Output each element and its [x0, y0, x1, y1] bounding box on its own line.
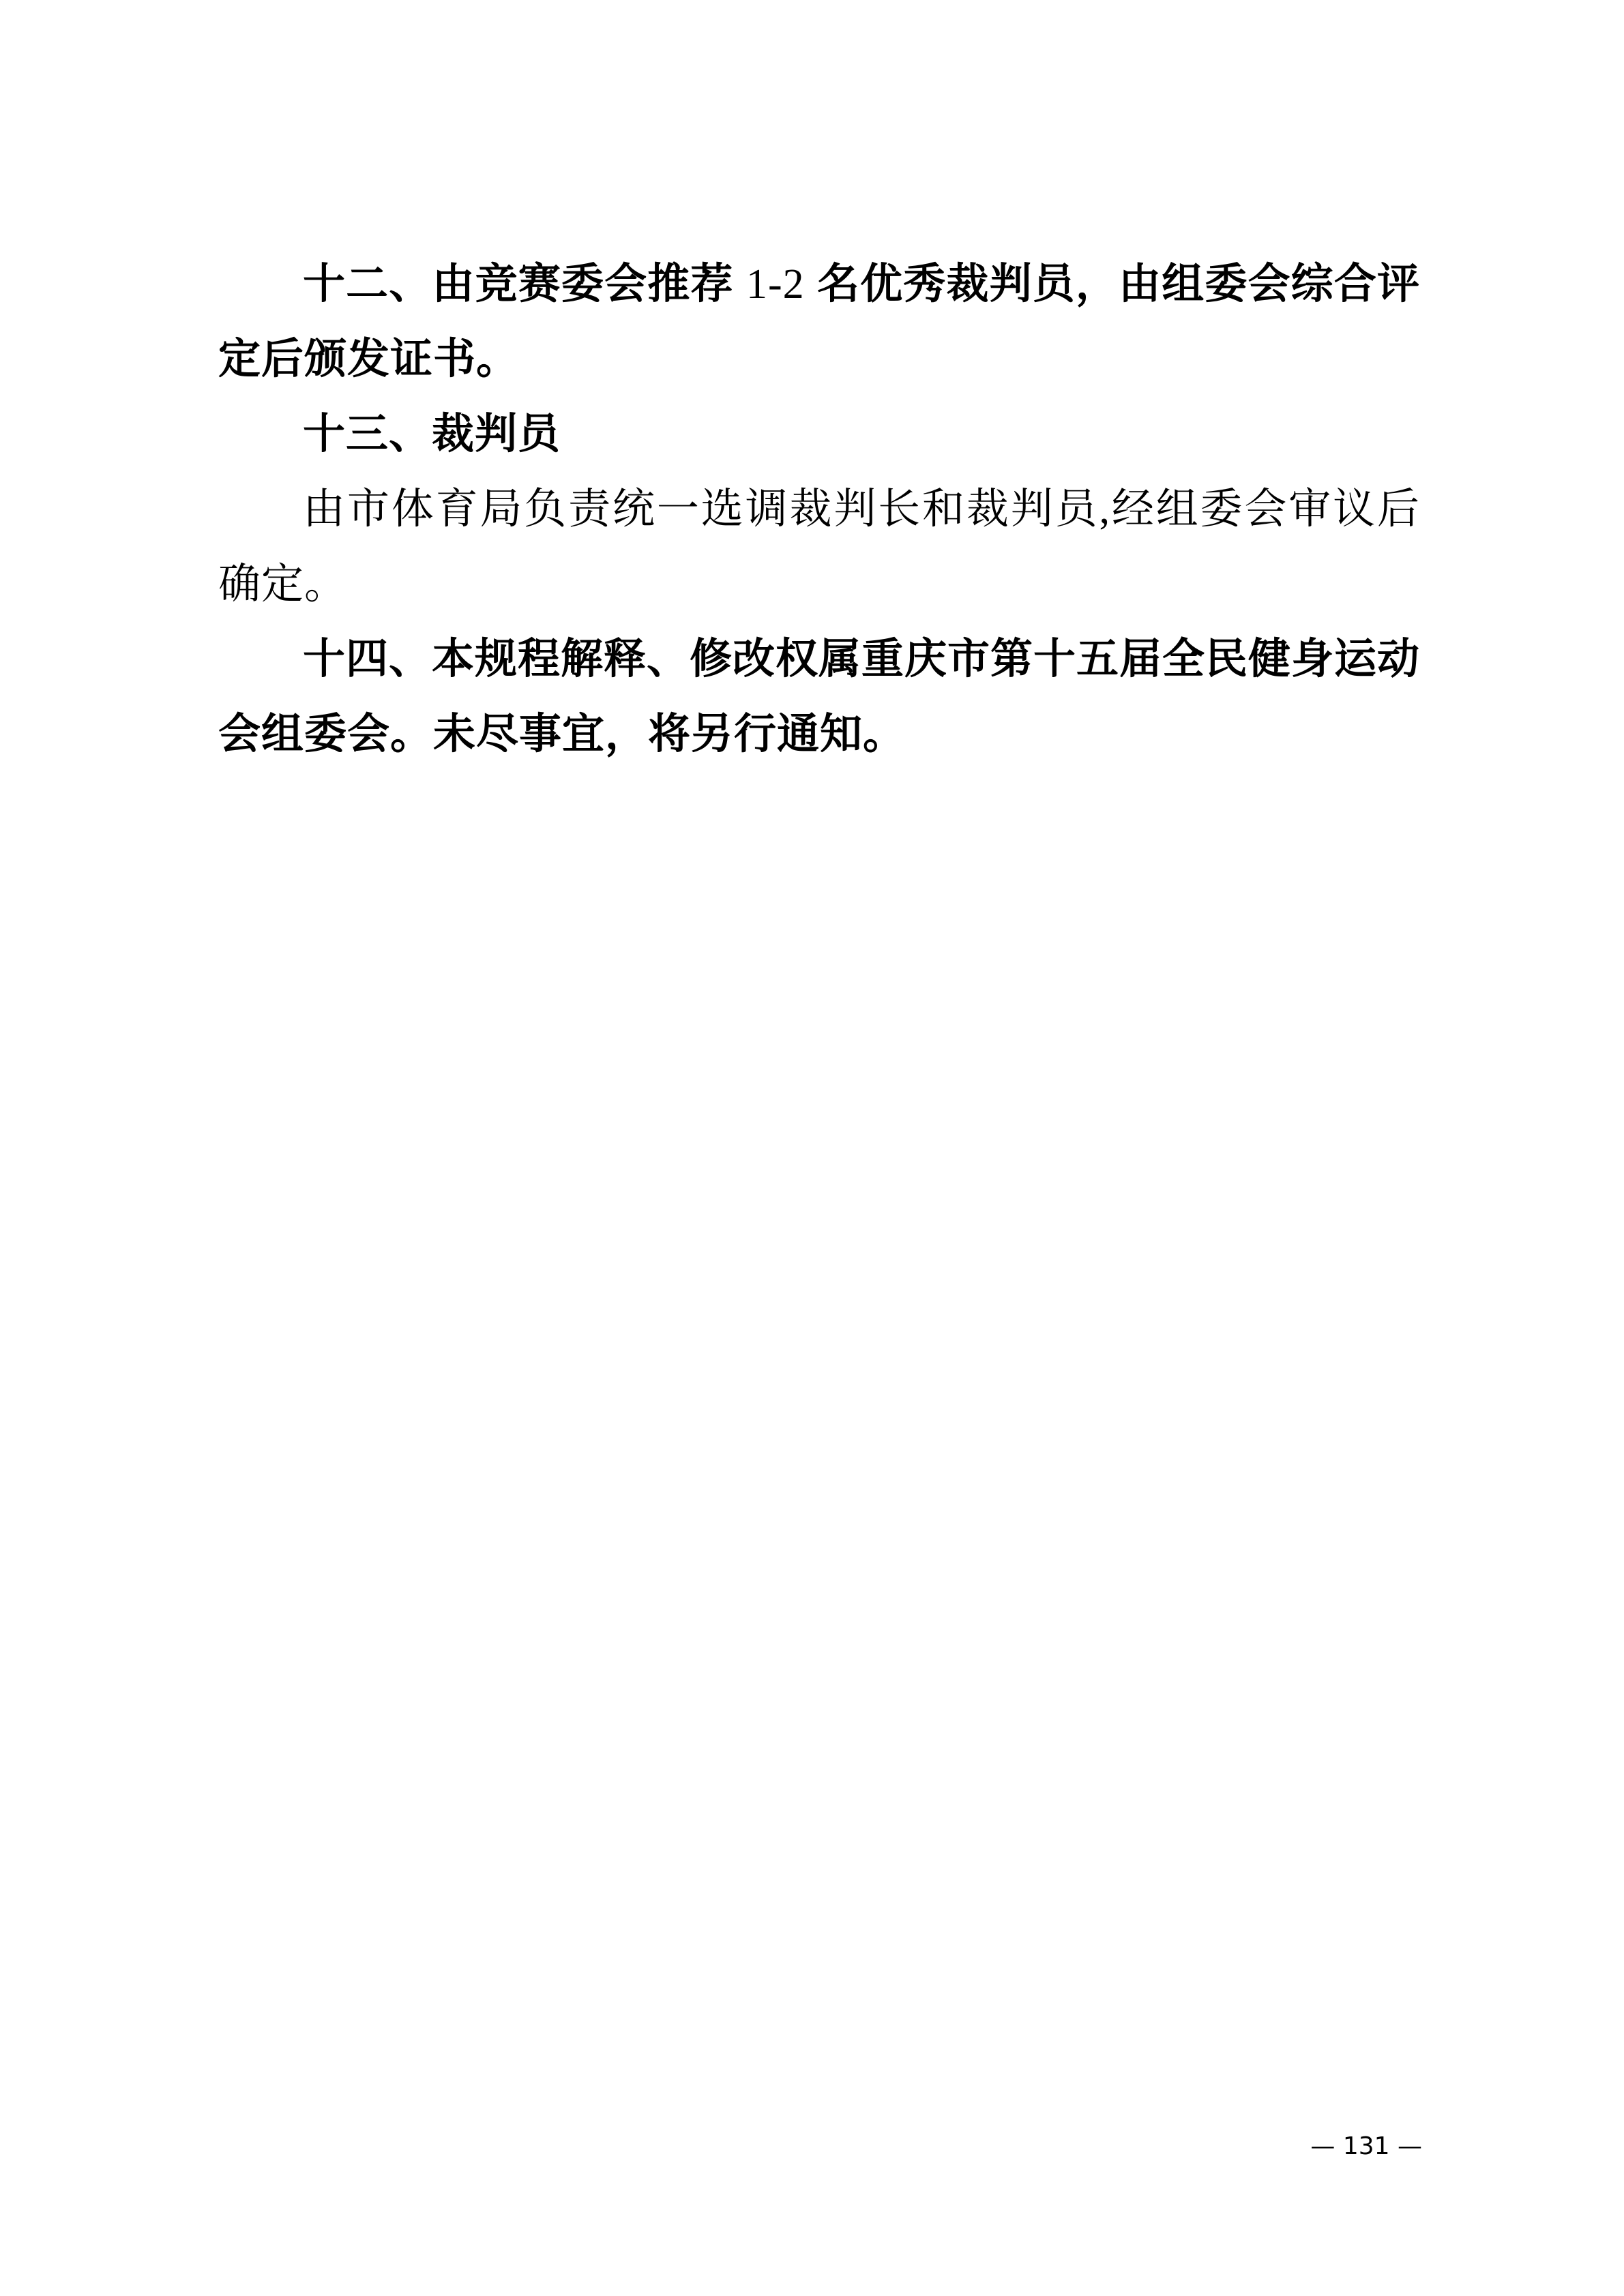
- clause-13-heading: 十三、裁判员: [218, 397, 1420, 472]
- clause-14: 十四、本规程解释、修改权属重庆市第十五届全民健身运动会组委会。未尽事宜，将另行通…: [218, 622, 1420, 772]
- clause-13-body: 由市体育局负责统一选调裁判长和裁判员,经组委会审议后确定。: [218, 472, 1420, 622]
- text-run: 十四、本规程解释、修改权属重庆市第十五届全民健身运动会组委会。未尽事宜，将另行通…: [218, 636, 1420, 758]
- document-body: 十二、由竞赛委会推荐 1-2 名优秀裁判员，由组委会综合评定后颁发证书。十三、裁…: [218, 247, 1420, 772]
- page-number: — 131 —: [1310, 2132, 1422, 2162]
- text-run: 十三、裁判员: [303, 411, 561, 458]
- text-run: 由市体育局负责统一选调裁判长和裁判员,经组委会审议后确定。: [218, 486, 1420, 608]
- text-run: 1-2: [746, 261, 805, 308]
- clause-12: 十二、由竞赛委会推荐 1-2 名优秀裁判员，由组委会综合评定后颁发证书。: [218, 247, 1420, 397]
- document-page: 十二、由竞赛委会推荐 1-2 名优秀裁判员，由组委会综合评定后颁发证书。十三、裁…: [0, 0, 1624, 2296]
- text-run: 十二、由竞赛委会推荐: [303, 260, 746, 308]
